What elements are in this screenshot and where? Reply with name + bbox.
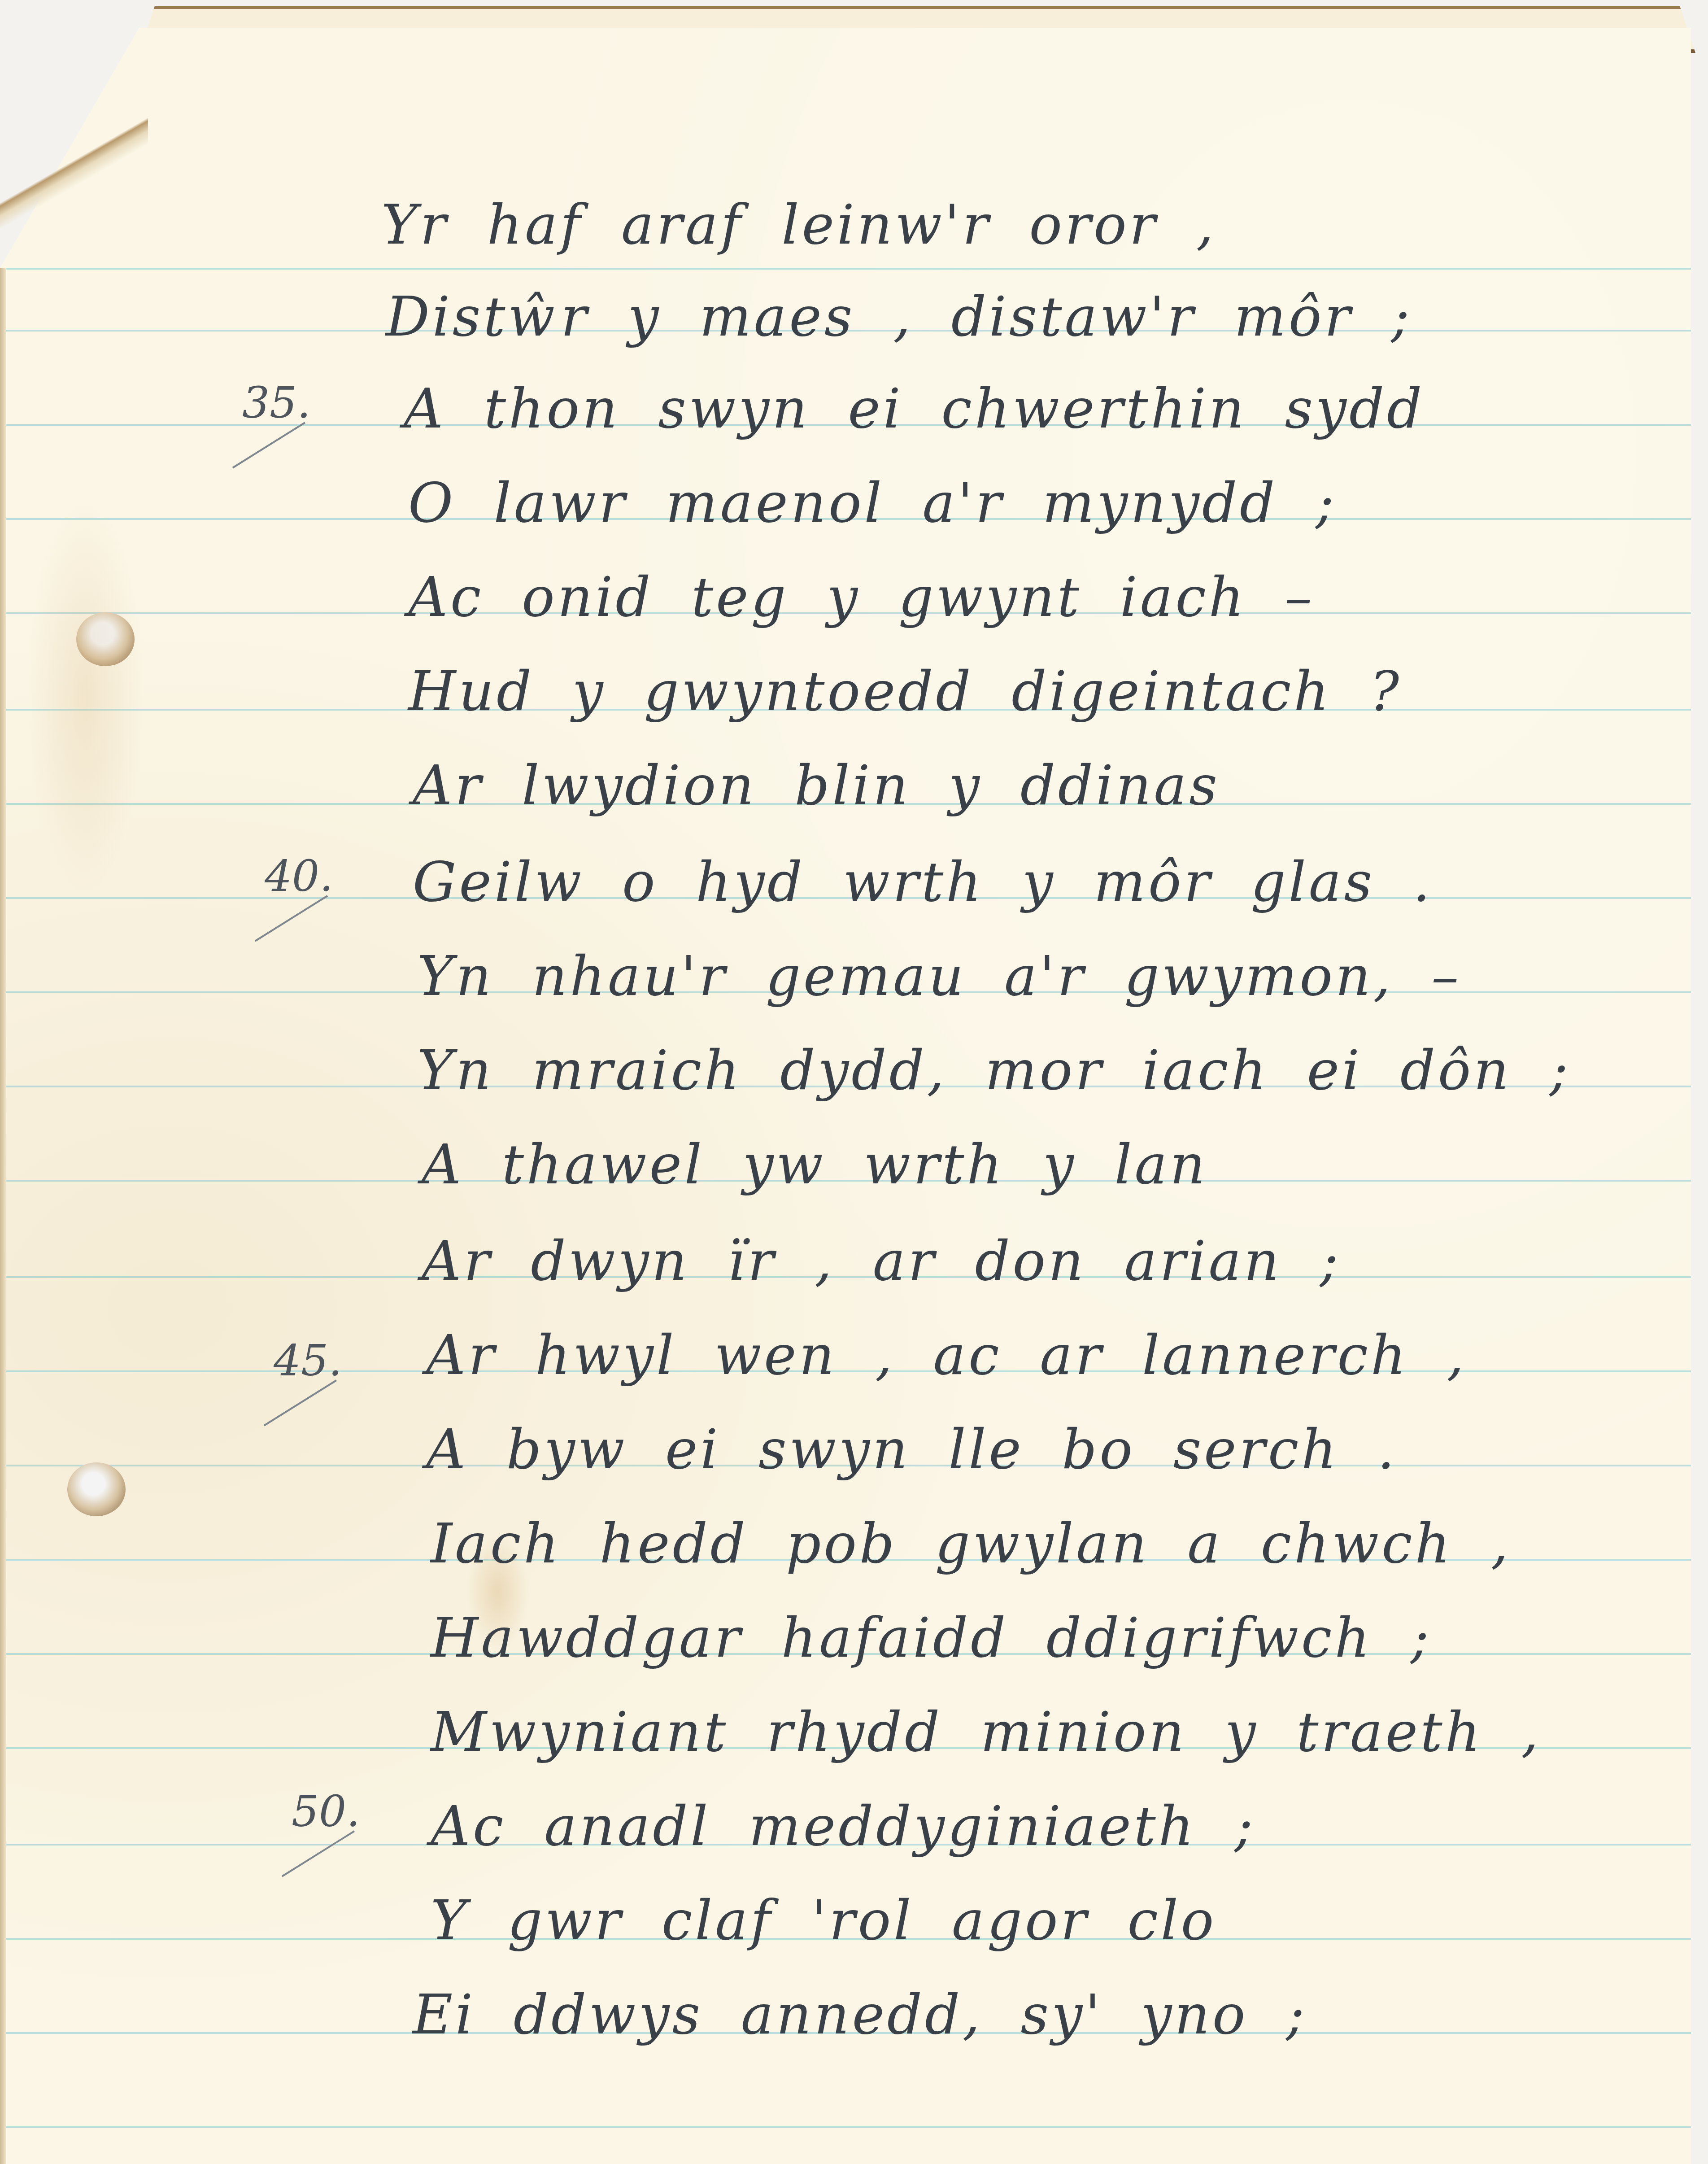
line-number-45: 45. <box>274 1339 342 1382</box>
verse-line: Ar lwydion blin y ddinas <box>413 758 1220 813</box>
verse-line: Ar dwyn ïr , ar don arian ; <box>422 1234 1341 1288</box>
verse-line: A thon swyn ei chwerthin sydd <box>404 381 1425 436</box>
verse-line: Y gwr claf 'rol agor clo <box>431 1893 1216 1948</box>
verse-line: Yn mraich dydd, mor iach ei dôn ; <box>417 1043 1571 1098</box>
verse-line: Ei ddwys annedd, sy' yno ; <box>413 1987 1307 2042</box>
verse-line: Ac anadl meddyginiaeth ; <box>431 1799 1255 1854</box>
verse-line: Iach hedd pob gwylan a chwch , <box>431 1516 1511 1571</box>
ruled-line <box>6 2126 1691 2128</box>
verse-line: Ac onid teg y gwynt iach – <box>408 570 1315 624</box>
verse-line: Yn nhau'r gemau a'r gwymon, – <box>417 949 1461 1003</box>
line-number-40: 40. <box>265 855 333 898</box>
verse-line: A byw ei swyn lle bo serch . <box>426 1422 1397 1477</box>
line-number-35: 35. <box>242 381 311 424</box>
verse-line: Hud y gwyntoedd digeintach ? <box>408 664 1402 719</box>
verse-line: Geilw o hyd wrth y môr glas . <box>413 855 1433 909</box>
line-number-50: 50. <box>292 1790 360 1833</box>
punch-hole-bottom <box>67 1462 126 1516</box>
verse-line: Distŵr y maes , distaw'r môr ; <box>386 289 1412 344</box>
age-stain <box>27 493 144 897</box>
verse-line: A thawel yw wrth y lan <box>422 1137 1208 1192</box>
page-left-edge <box>0 268 6 2164</box>
verse-line: Mwyniant rhydd minion y traeth , <box>431 1705 1541 1759</box>
verse-line: Ar hwyl wen , ac ar lannerch , <box>426 1328 1467 1383</box>
verse-line: Hawddgar hafaidd ddigrifwch ; <box>431 1610 1432 1665</box>
verse-line: Yr haf araf leinw'r oror , <box>381 197 1216 252</box>
ruled-line <box>6 268 1691 270</box>
verse-line: O lawr maenol a'r mynydd ; <box>408 476 1337 530</box>
